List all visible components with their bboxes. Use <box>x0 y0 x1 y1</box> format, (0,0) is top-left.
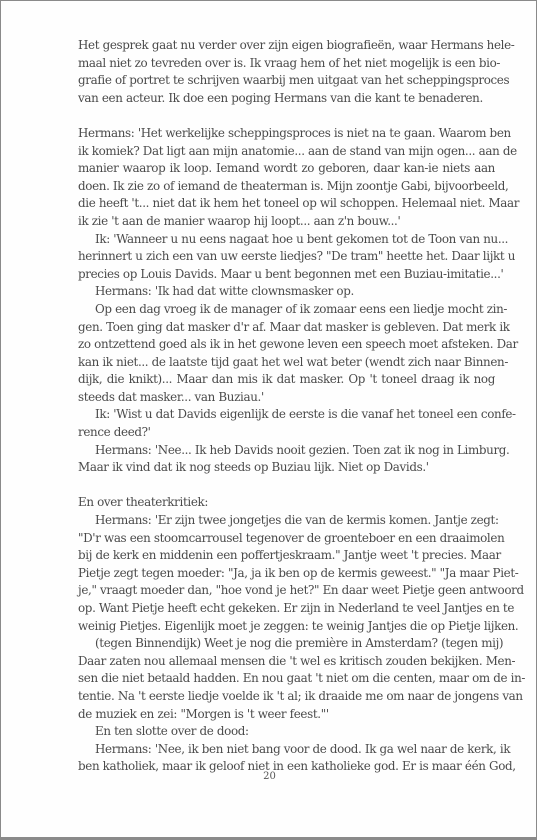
text-line: van een acteur. Ik doe een poging Herman… <box>78 90 495 108</box>
text-line: (tegen Binnendijk) Weet je nog die premi… <box>78 635 495 653</box>
paragraph-hermans-4: Hermans: 'Er zijn twee jongetjes die van… <box>78 512 495 635</box>
text-line: rence deed?' <box>78 424 495 442</box>
paragraph-intro: Het gesprek gaat nu verder over zijn eig… <box>78 37 495 107</box>
text-line: Op een dag vroeg ik de manager of ik zom… <box>78 301 495 319</box>
text-line: grafie of portret te schrijven waarbij m… <box>78 72 495 90</box>
text-line: Hermans: 'Er zijn twee jongetjes die van… <box>78 512 495 530</box>
text-line: Daar zaten nou allemaal mensen die 't we… <box>78 653 495 671</box>
paragraph-dood-intro: En ten slotte over de dood: <box>78 723 495 741</box>
text-line: steeds dat masker... van Buziau.' <box>78 389 495 407</box>
text-line: Hermans: 'Nee, ik ben niet bang voor de … <box>78 741 495 759</box>
text-line: maal niet zo tevreden over is. Ik vraag … <box>78 55 495 73</box>
text-line: manier waarop ik loop. Iemand wordt zo g… <box>78 160 495 178</box>
text-line: kan ik niet... de laatste tijd gaat het … <box>78 354 495 372</box>
text-line: dijk, die knikt)... Maar dan mis ik dat … <box>78 371 495 389</box>
text-line: de muziek en zei: "Morgen is 't weer fee… <box>78 706 495 724</box>
text-line: Hermans: 'Het werkelijke scheppingsproce… <box>78 125 495 143</box>
text-line: En over theaterkritiek: <box>78 494 495 512</box>
paragraph-hermans-4b: (tegen Binnendijk) Weet je nog die premi… <box>78 635 495 723</box>
text-line: zo ontzettend goed als ik in het gewone … <box>78 336 495 354</box>
text-line: ik komiek? Dat ligt aan mijn anatomie...… <box>78 143 495 161</box>
paragraph-hermans-2: Hermans: 'Ik had dat witte clownsmasker … <box>78 283 495 301</box>
text-line: ik zie 't aan de manier waarop hij loopt… <box>78 213 495 231</box>
paragraph-ik-2: Ik: 'Wist u dat Davids eigenlijk de eers… <box>78 406 495 441</box>
paragraph-ik-1: Ik: 'Wanneer u nu eens nagaat hoe u bent… <box>78 231 495 284</box>
text-line: Ik: 'Wist u dat Davids eigenlijk de eers… <box>78 406 495 424</box>
text-line: bij de kerk en middenin een poffertjeskr… <box>78 547 495 565</box>
text-line: gen. Toen ging dat masker d'r af. Maar d… <box>78 319 495 337</box>
text-line: herinnert u zich een van uw eerste liedj… <box>78 248 495 266</box>
body-text: Het gesprek gaat nu verder over zijn eig… <box>78 37 495 776</box>
page-number: 20 <box>1 771 537 782</box>
text-line: Pietje zegt tegen moeder: "Ja, ja ik ben… <box>78 565 495 583</box>
text-line: Ik: 'Wanneer u nu eens nagaat hoe u bent… <box>78 231 495 249</box>
text-line: weinig Pietjes. Eigenlijk moet je zeggen… <box>78 618 495 636</box>
text-line: precies op Louis Davids. Maar u bent beg… <box>78 266 495 284</box>
book-page: Het gesprek gaat nu verder over zijn eig… <box>0 0 537 840</box>
paragraph-hermans-3: Hermans: 'Nee... Ik heb Davids nooit gez… <box>78 442 495 477</box>
text-line: Maar ik vind dat ik nog steeds op Buziau… <box>78 459 495 477</box>
paragraph-theaterkritiek-intro: En over theaterkritiek: <box>78 494 495 512</box>
text-line: sen die niet betaald hadden. En nou gaat… <box>78 670 495 688</box>
text-line: op. Want Pietje heeft echt gekeken. Er z… <box>78 600 495 618</box>
text-line: Hermans: 'Nee... Ik heb Davids nooit gez… <box>78 442 495 460</box>
text-line: die heeft 't... niet dat ik hem het tone… <box>78 195 495 213</box>
text-line: "D'r was een stoomcarrousel tegenover de… <box>78 530 495 548</box>
paragraph-hermans-2b: Op een dag vroeg ik de manager of ik zom… <box>78 301 495 407</box>
text-line: En ten slotte over de dood: <box>78 723 495 741</box>
text-line: doen. Ik zie zo of iemand de theaterman … <box>78 178 495 196</box>
text-line: Het gesprek gaat nu verder over zijn eig… <box>78 37 495 55</box>
text-line: Hermans: 'Ik had dat witte clownsmasker … <box>78 283 495 301</box>
text-line: tentie. Na 't eerste liedje voelde ik 't… <box>78 688 495 706</box>
text-line: je," vraagt moeder dan, "hoe vond je het… <box>78 582 495 600</box>
paragraph-hermans-1: Hermans: 'Het werkelijke scheppingsproce… <box>78 125 495 231</box>
